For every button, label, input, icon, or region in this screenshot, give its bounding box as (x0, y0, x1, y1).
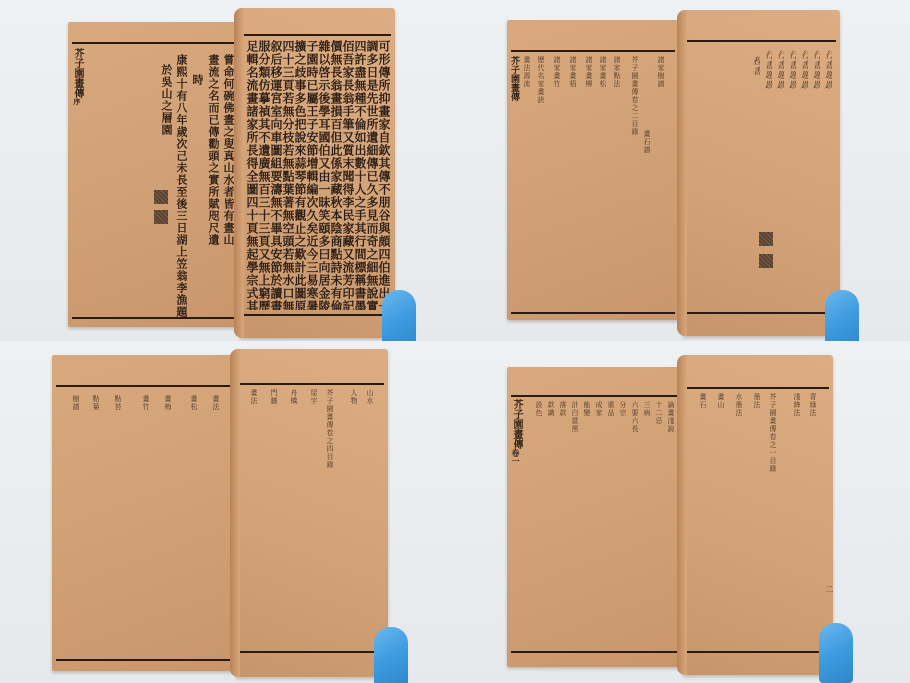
colophon-text: 行書題跋 (811, 50, 820, 300)
preface-date-column: 康熙十有八年歲次己未長至後三日湖上笠翁李漁題 (176, 54, 187, 324)
contents-entry: 舟橋 (290, 389, 297, 429)
text-column: 十二忌 (655, 401, 662, 641)
colophon-text: 行書題跋 (823, 50, 832, 300)
spine-volume-text: 序 (73, 98, 82, 105)
colophon-text: 行書題跋 (787, 50, 796, 300)
contents-entry: 諸家畫松 (599, 56, 606, 116)
photo-vol1-spread: 芥子園畫傳卷一 論畫淺說 十二忌 三病 六要六長 分宗 重品 成家 能變 計白當… (455, 341, 910, 683)
preface-column: 佰吾家長翁手筆又質末聞得李民家藏又流芳印記並 (342, 40, 354, 310)
preface-tail-col-2: 畫流之名而已傳勸頭之實所賦咫尺遺 (208, 54, 219, 324)
top-rule (687, 387, 829, 389)
text-column: 款識 (547, 401, 554, 641)
preface-column: 四十三頁若無分枝若無點葉著無空頭若無水口無大 (282, 40, 294, 310)
contents-entry: 諸家畫梧 (569, 56, 576, 116)
top-rule (240, 383, 384, 385)
photo-contents-spread-vol4: 畫法 畫松 畫梅 畫竹 點苔 點葉 樹譜 芥子園畫傳卷之四目錄 山水 人物 屋宇… (0, 341, 455, 683)
contents-header: 芥子園畫傳卷之四目錄 (326, 389, 333, 489)
preface-place-column: 於吳山之層園 (161, 64, 172, 184)
colophon-signature: 程書 (751, 56, 760, 86)
spine-title-text: 芥子園畫傳 (511, 399, 522, 449)
seal-stamp (759, 232, 773, 246)
gloved-finger (374, 627, 408, 683)
contents-entry: 樹譜 (72, 395, 79, 435)
right-page: 行書題跋 行書題跋 行書題跋 行書題跋 行書題跋 行書題跋 程書 (683, 10, 840, 336)
text-column: 成家 (595, 401, 602, 641)
text-column: 重品 (607, 401, 614, 641)
contents-entry: 畫法 (250, 389, 257, 429)
spine-title: 芥子園畫傳 (508, 56, 521, 101)
top-rule (56, 385, 230, 387)
contents-entry: 畫法 (212, 395, 219, 435)
contents-entry: 畫松 (190, 395, 197, 435)
contents-entry: 點葉 (92, 395, 99, 435)
bottom-rule (687, 312, 836, 314)
preface-time-column: 時 (192, 74, 203, 94)
bottom-rule (56, 659, 230, 661)
spine-title: 芥子園畫傳序 (70, 48, 85, 105)
photo-preface-spread: 芥子園畫傳序 康熙十有八年歲次己未長至後三日湖上笠翁李漁題 於吳山之層園 時 嘗… (0, 0, 455, 341)
top-rule (687, 40, 836, 42)
contents-entry: 山水 (366, 389, 373, 429)
preface-column: 叙后移運宮室向車圖組要濤無不畢具安節於讀書之 (270, 40, 282, 310)
contents-entry: 青綠法 (809, 393, 816, 433)
bottom-rule (511, 651, 679, 653)
left-page: 芥子園畫傳序 康熙十有八年歲次己未長至後三日湖上笠翁李漁題 於吳山之層園 時 嘗… (68, 22, 240, 327)
contents-entry: 畫石譜 (643, 130, 650, 190)
gloved-finger (382, 290, 416, 341)
text-column: 三病 (643, 401, 650, 641)
top-rule (511, 50, 675, 52)
text-column: 分宗 (619, 401, 626, 641)
preface-column: 價無長翁畫損百但此係家藏秋本陰商點詩未有倫次 (330, 40, 342, 310)
preface-column: 調多日是先世所遺細傳已久多見而奇之細無說實 (366, 40, 378, 310)
colophon-text: 行書題跋 (763, 50, 772, 250)
contents-entry: 畫石 (699, 393, 706, 433)
bottom-rule (687, 651, 829, 653)
left-page: 芥子園畫傳 芥子園畫傳卷之二目錄 諸家樹譜 諸家點法 諸家畫松 諸家畫柳 諸家畫… (507, 20, 679, 320)
text-column: 設色 (535, 401, 542, 641)
gloved-finger (825, 290, 859, 341)
contents-header: 芥子園畫傳卷之一目錄 (769, 393, 776, 493)
contents-entry: 門牆 (270, 389, 277, 429)
spine-volume-text: 卷一 (511, 449, 521, 465)
preface-tail-col-1: 嘗命何碗佛畫之叟真山水者皆有畫山 (223, 54, 234, 324)
contents-entry: 屋宇 (310, 389, 317, 429)
contents-entry: 畫山 (717, 393, 724, 433)
contents-entry: 墨法 (753, 393, 760, 433)
contents-entry: 人物 (350, 389, 357, 429)
top-rule (511, 395, 679, 397)
seal-stamp (759, 254, 773, 268)
right-page: 可形傳所抑畫家自欽其傳不朋谷與頗四伯進出一 調多日是先世所遺細傳已久多見而奇之細… (240, 8, 395, 338)
contents-entry: 點苔 (114, 395, 121, 435)
contents-entry: 淺絳法 (793, 393, 800, 433)
top-rule (72, 42, 236, 44)
preface-column: 子園時已屬王子安節增輯編次久矣近今三易寒暑始 (306, 40, 318, 310)
text-column: 能變 (583, 401, 590, 641)
preface-column: 擴之歧事多色把說來蒜琴節有觀止之歎計此圖原帙凡 (294, 40, 306, 310)
right-page: 芥子園畫傳卷之一目錄 青綠法 淺絳法 墨法 水墨法 畫山 畫石 二 (683, 355, 833, 675)
left-page: 芥子園畫傳卷一 論畫淺說 十二忌 三病 六要六長 分宗 重品 成家 能變 計白當… (507, 367, 683, 667)
preface-column: 四許盡無種不倫如出數十人之手其行間標稱書墨多 (354, 40, 366, 310)
contents-entry: 水墨法 (735, 393, 742, 433)
contents-entry: 畫梅 (164, 395, 171, 435)
preface-column: 足輯名流畫諸家所長得全圖四十頁無起學宗式其間 (246, 40, 258, 310)
preface-column: 服分類仿摹禎其不遺廣無百三十三頁又無上窮歷代 (258, 40, 270, 310)
bottom-rule (240, 651, 384, 653)
contents-entry: 畫竹 (142, 395, 149, 435)
page-number: 二 (825, 585, 833, 599)
photo-collage: 芥子園畫傳序 康熙十有八年歲次己未長至後三日湖上笠翁李漁題 於吳山之層園 時 嘗… (0, 0, 910, 683)
left-page: 畫法 畫松 畫梅 畫竹 點苔 點葉 樹譜 (52, 355, 234, 671)
spine-title: 芥子園畫傳卷一 (509, 399, 524, 465)
top-rule (244, 34, 391, 36)
colophon-text: 行書題跋 (799, 50, 808, 300)
seal-stamp (154, 210, 168, 224)
preface-column: 可形傳所抑畫家自欽其傳不朋谷與頗四伯進出一 (378, 40, 390, 310)
text-column: 論畫淺說 (667, 401, 674, 641)
photo-contents-colophon-spread: 芥子園畫傳 芥子園畫傳卷之二目錄 諸家樹譜 諸家點法 諸家畫松 諸家畫柳 諸家畫… (455, 0, 910, 341)
text-column: 落款 (559, 401, 566, 641)
contents-entry: 畫法源流 (523, 56, 530, 116)
bottom-rule (511, 312, 675, 314)
bottom-rule (244, 314, 391, 316)
spine-title-text: 芥子園畫傳 (72, 48, 83, 98)
contents-header: 芥子園畫傳卷之二目錄 (631, 56, 638, 156)
colophon-text: 行書題跋 (775, 50, 784, 280)
contents-entry: 諸家畫柳 (585, 56, 592, 116)
contents-entry: 諸家樹譜 (657, 56, 664, 116)
gloved-finger (819, 623, 853, 683)
contents-entry: 歷代名家畫訣 (537, 56, 544, 136)
contents-entry: 諸家畫竹 (553, 56, 560, 116)
right-page: 芥子園畫傳卷之四目錄 山水 人物 屋宇 舟橋 門牆 畫法 (236, 349, 388, 677)
contents-entry: 諸家點法 (613, 56, 620, 116)
preface-column: 雜以啓示後學耳國伯又由一昧笑頤多曰向居金陵芥 (318, 40, 330, 310)
text-column: 六要六長 (631, 401, 638, 641)
text-column: 計白當黑 (571, 401, 578, 641)
seal-stamp (154, 190, 168, 204)
